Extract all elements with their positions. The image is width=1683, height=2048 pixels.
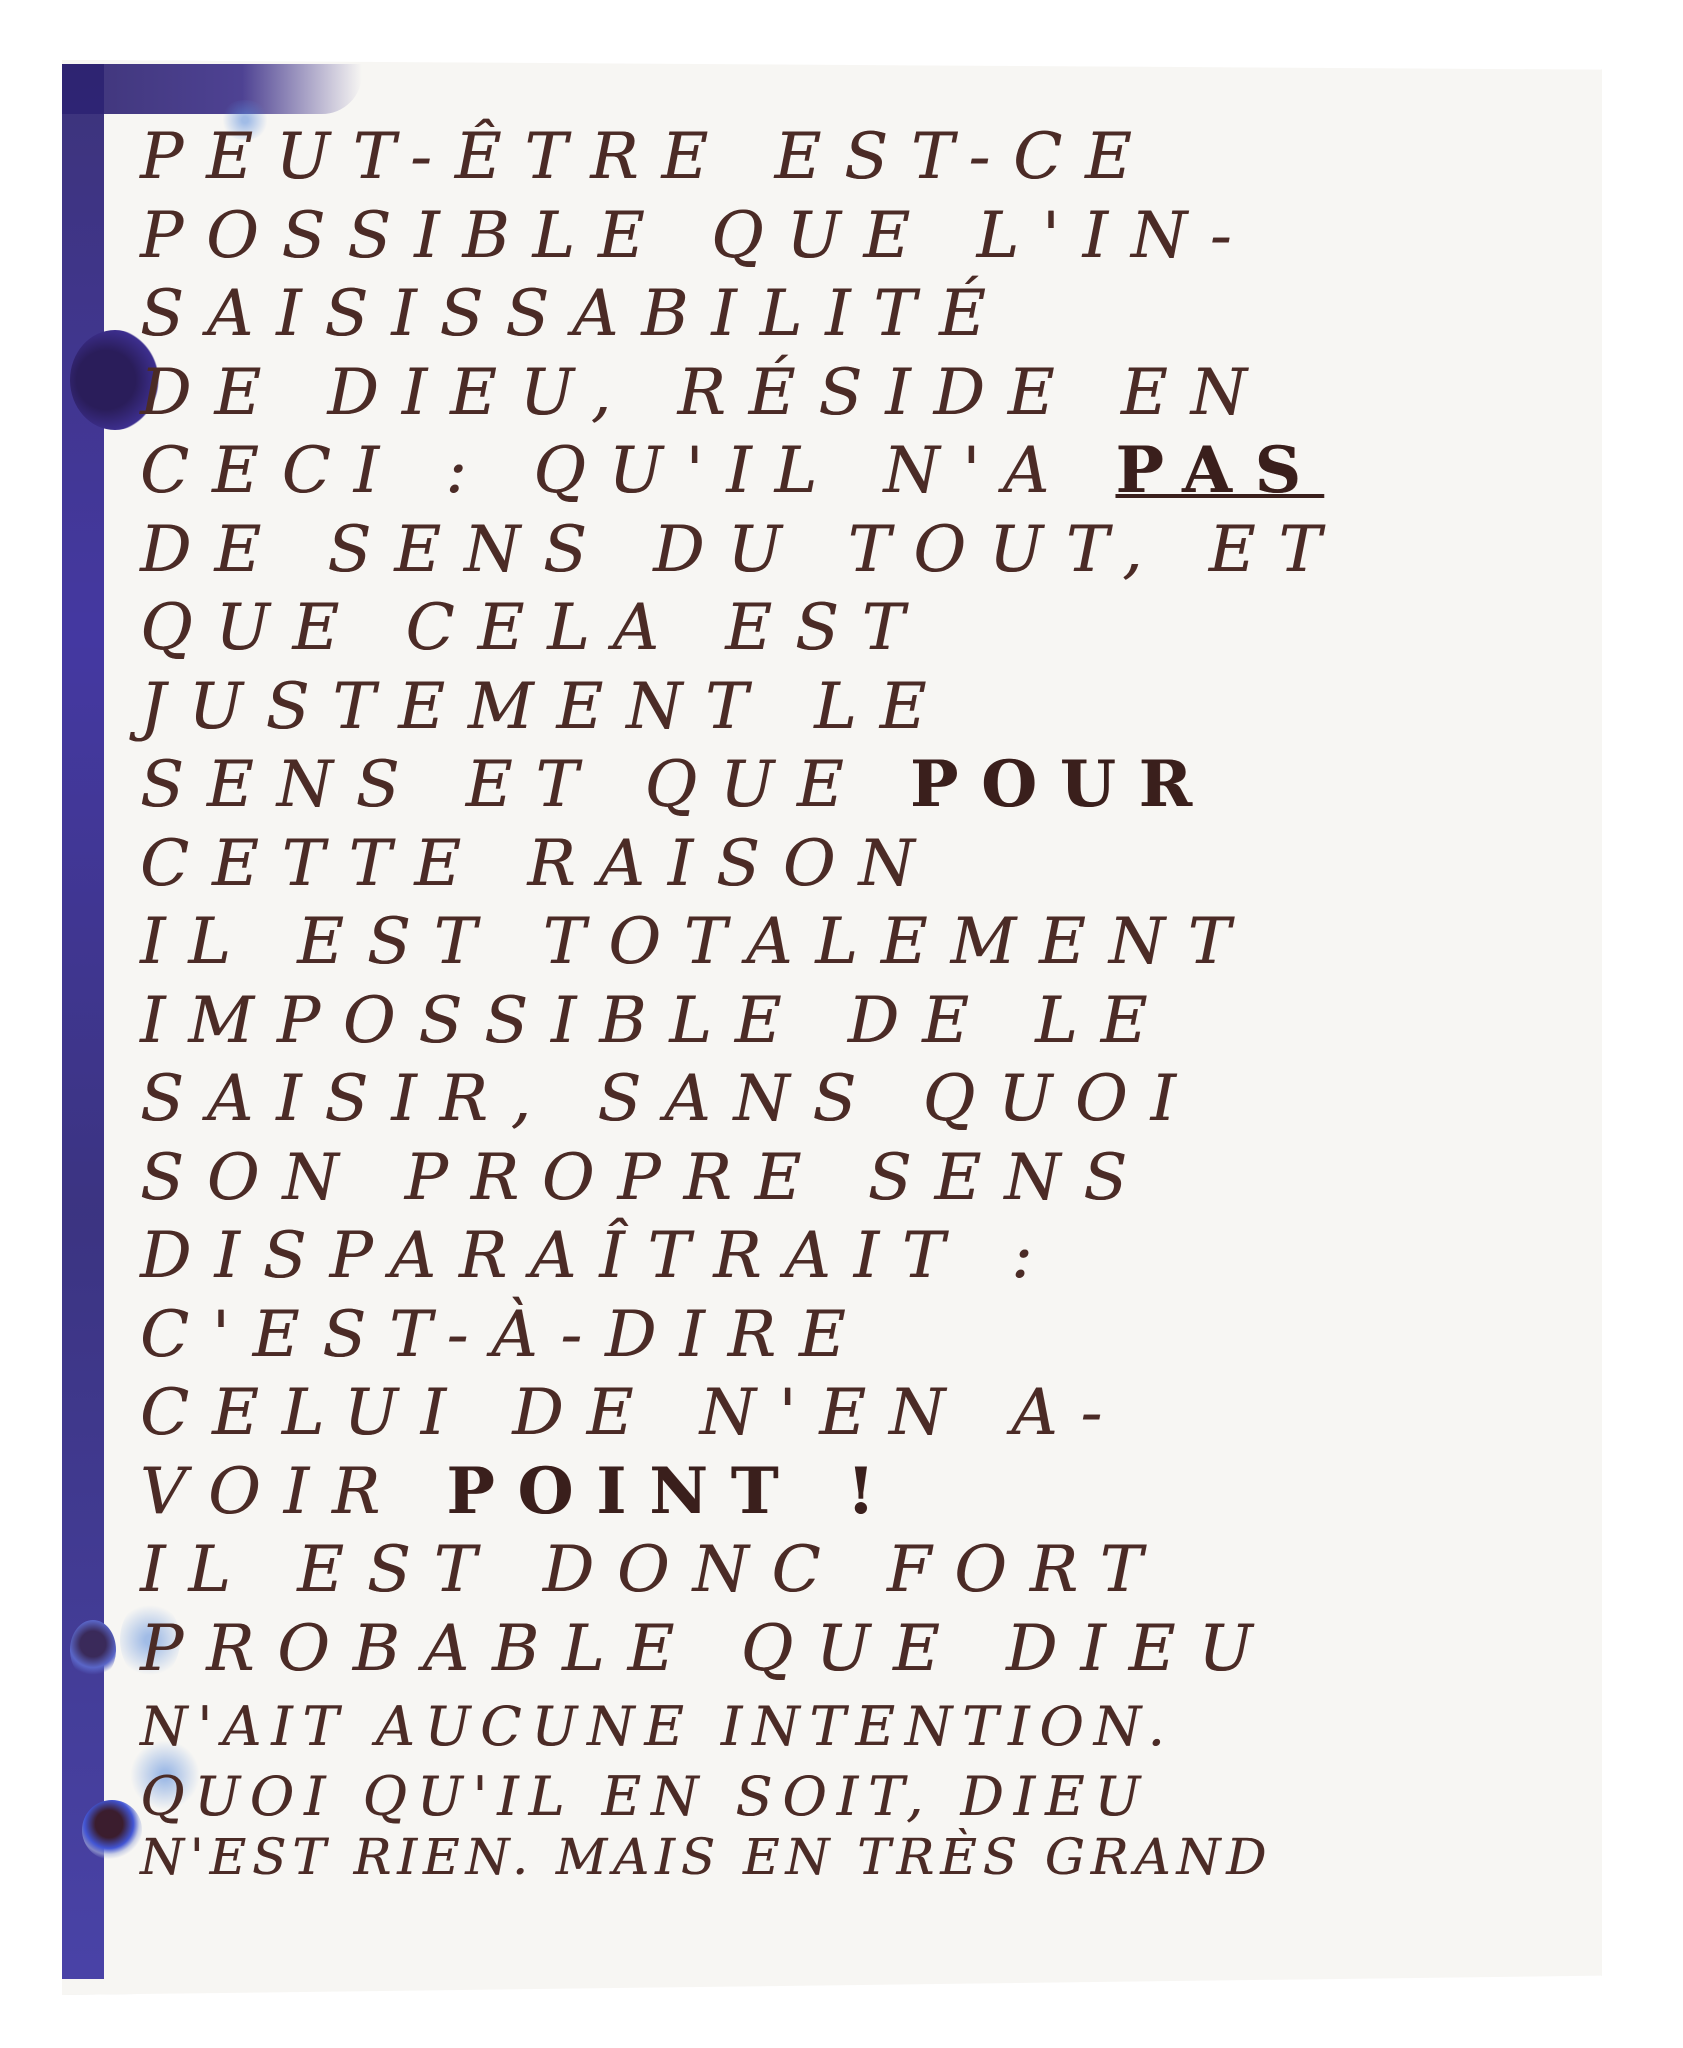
text-line: DE DIEU, RÉSIDE EN (140, 354, 1610, 433)
text-line: C'EST-À-DIRE (140, 1296, 1610, 1375)
manuscript-text: PEUT-ÊTRE EST-CE POSSIBLE QUE L'IN- SAIS… (140, 118, 1610, 1887)
text-line: VOIR POINT ! (140, 1453, 1610, 1532)
text-line: SAISISSABILITÉ (140, 275, 1610, 354)
text-line: SENS ET QUE POUR (140, 746, 1610, 825)
text-line: QUOI QU'IL EN SOIT, DIEU (140, 1767, 1610, 1827)
text-line: IL EST TOTALEMENT (140, 903, 1610, 982)
text-line: JUSTEMENT LE (140, 668, 1610, 747)
text-line: PEUT-ÊTRE EST-CE (140, 118, 1610, 197)
text-segment: CECI : QU'IL N'A (140, 434, 1072, 508)
text-line: QUE CELA EST (140, 589, 1610, 668)
text-line: POSSIBLE QUE L'IN- (140, 197, 1610, 276)
text-line: CETTE RAISON (140, 825, 1610, 904)
text-line: DISPARAÎTRAIT : (140, 1217, 1610, 1296)
text-line: DE SENS DU TOUT, ET (140, 511, 1610, 590)
emphasized-word: POUR (910, 747, 1215, 822)
text-line: PROBABLE QUE DIEU (140, 1610, 1610, 1689)
text-line: CELUI DE N'EN A- (140, 1374, 1610, 1453)
text-segment: SENS ET QUE (140, 748, 867, 822)
text-line: SON PROPRE SENS (140, 1139, 1610, 1218)
text-segment: VOIR (140, 1455, 403, 1529)
emphasized-word: POINT ! (446, 1454, 897, 1529)
ink-wash-top-margin (62, 64, 362, 114)
text-line: SAISIR, SANS QUOI (140, 1060, 1610, 1139)
text-line: CECI : QU'IL N'A PAS (140, 432, 1610, 511)
ink-drip-mark (70, 1620, 116, 1680)
text-line: N'AIT AUCUNE INTENTION. (140, 1688, 1610, 1767)
text-line: IL EST DONC FORT (140, 1531, 1610, 1610)
emphasized-word: PAS (1115, 433, 1323, 508)
ink-blot-lower-left (82, 1800, 142, 1860)
text-line: N'EST RIEN. MAIS EN TRÈS GRAND (140, 1827, 1610, 1887)
text-line: IMPOSSIBLE DE LE (140, 982, 1610, 1061)
